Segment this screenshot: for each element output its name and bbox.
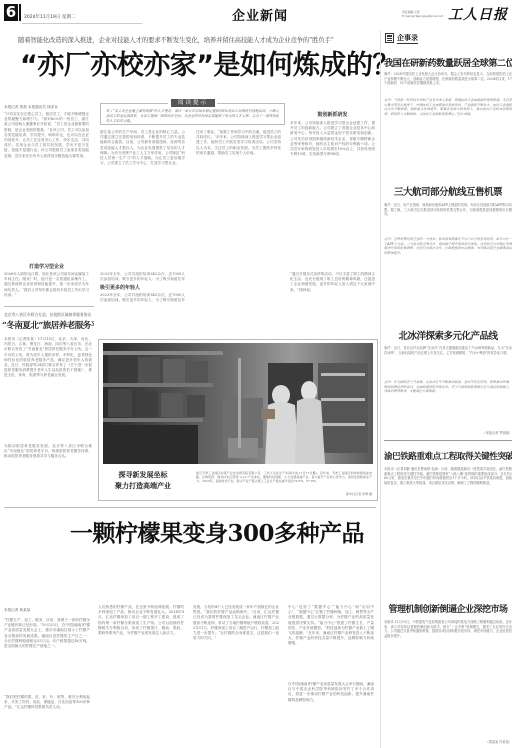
lead-headline: “亦厂亦校亦家”是如何炼成的？ — [20, 50, 380, 82]
lead-column-1: “只有实实在在把心员工，留住员工，才能不断增强企业的凝聚力和吸引力。”面对60%… — [4, 112, 89, 254]
second-story-headline: “冬南夏北”旅居养老服务平台上线 — [2, 319, 94, 331]
second-story-kicker: 北京等八省区市联合打造，首批跨区域康养服务推出 — [4, 312, 92, 318]
sidebar-headline-5: 管理机制创新倒逼企业深挖市场 — [384, 602, 512, 615]
second-story-text-2: 为推动旅居养老服务发展，北京等八省区市联合推出“冬南夏北”旅居养老平台，构建旅居… — [4, 444, 92, 499]
lemon-column-1: “柠檬生产、加工、服务、应用、营销于一体的柠檬全产业链体系已经形成。”10月25… — [4, 618, 90, 693]
cleanroom-workers-image — [103, 343, 373, 464]
subhead-learning-enterprise: 打造学习型企业 — [4, 263, 89, 270]
lead-column-4: 多年来，公司持续深入推进学习型企业创建工作，提升员工的创新能力。公司建立了省级企… — [290, 121, 375, 271]
sidebar-event-3: 事件：近日，老北京汽水品牌“北冰洋”在其天猫旗舰店推出了汽水味啤酒新品，名为“北… — [384, 346, 512, 378]
sidebar-comment-3: 点评：作为国民老字号品牌，北冰洋近年不断推出新品，尝试年轻化转型。跨界推出啤酒，… — [384, 380, 512, 428]
paper-logo: 工人日报 — [448, 4, 508, 24]
sidebar-headline-4: 渝巴铁路重难点工程取得关键性突破 — [384, 450, 512, 462]
lead-column-2b: 2023年全年，公司共组织培训342余次，近7000人次参加培训。吸引更多的年轻… — [100, 272, 185, 282]
lead-byline: 本报记者 郑莉 本报通讯员 林泽谷 — [4, 105, 99, 110]
page-number-bar — [19, 4, 21, 21]
masthead-rule — [22, 23, 142, 24]
issue-date: 2024年11月19日 星期二 — [24, 14, 75, 20]
sidebar-comment-2: 点评：互售机票是航空业的一大进步。原本旅客需要在不同平台分别查询比较，如今可在一… — [384, 237, 512, 323]
lemon-byline: 本报记者 黄某某 — [4, 608, 89, 613]
photo-credit: 新华社记者 李博 摄 — [300, 492, 372, 496]
photo-caption-title-1: 探寻新发展坐标 — [103, 470, 183, 480]
page-number: 6 — [4, 4, 18, 21]
lemon-column-4: 中心”包括了“数据中心”“能力中心”和“应用中心”，“数据中心”汇聚了柠檬种植、… — [288, 605, 374, 680]
sidebar-column-header: 企事录 — [385, 33, 445, 45]
sidebar-text-4: 本报讯（记者刘静 通讯员曹雨婷 赵渝）日前，随着隧道最后一段拱架安装到位，渝巴铁… — [384, 467, 512, 597]
sidebar-text-5: 本报讯 11月13日，中铁建电气化局集团某公司承接的某电力线路工程顺利通过验收。… — [384, 620, 512, 738]
section-title: 企业新闻 — [200, 5, 320, 24]
sidebar-headline-2: 三大航司部分航线互售机票 — [384, 184, 512, 198]
sidebar-event-1: 事件：2024中国医药工业发展大会日前举办，据会上发布的信息显示，当前我国医药工… — [384, 72, 512, 97]
lemon-column-1b: “我们把柠檬的果、皮、籽、叶、根等，都充分利用起来，开发了饮料、食品、保健品、日… — [4, 695, 90, 745]
sidebar-comment-1: 点评：当前新一轮科技革命和产业变革深入发展，我国医药工业面临新的发展机遇。尤其是… — [384, 98, 512, 178]
reading-tip-box: 阅读提示 基于“员工是企业最主要的资源”的人才理念，浙江一家公司以每年稳定提拨约… — [100, 103, 285, 125]
sidebar-headline-1: 我国在研新药数量跃居全球第二位 — [384, 55, 512, 69]
second-story-text: 本报讯（记者张某）11月15日，北京、天津、河北、内蒙古、吉林、黑龙江、海南、四… — [4, 337, 92, 442]
calendar-icon — [385, 33, 394, 43]
sidebar-event-2: 事件：近日，用户在国航、南航和东航的APP上搜索时发现，均可在其他航司的APP购… — [384, 203, 512, 235]
photo-caption-title-2: 聚力打造高端产业 — [103, 481, 183, 491]
sidebar-column-label: 企事录 — [397, 33, 418, 44]
lead-column-1b: 2006年人职的毛江路，现在是该公司某车间金属加工车间主任。刚来厂时，他只是一名… — [4, 272, 89, 302]
sidebar-headline-3: 北冰洋探索多元化产品线 — [384, 328, 512, 342]
subhead-young-people: 吸引更多的年轻人 — [100, 284, 185, 291]
reading-tip-label: 阅读提示 — [171, 99, 215, 107]
lead-kicker: 随着智能化改造的深入推进，企业对技能人才的要求不断发生变化，培养并留住高技能人才… — [18, 35, 378, 44]
photo-caption-text: 浙江苏州工业园区的某产业技术研究院有限公司，工作人员在生产车间作业(11月17日… — [196, 471, 372, 492]
subhead-innovation: 鼓创新抓研发 — [290, 111, 375, 118]
sidebar-credit-5: （胡某某 许某某） — [440, 739, 512, 744]
lead-column-4b: “通过开展各式各样的活动，不仅丰富了职工的精神文化生活，也充分展现了职工良好的精… — [290, 272, 375, 302]
lead-column-3: 还来了职业。“加强工作和学习中的交流，促进员工的共同成长。”多年来，公司持续深入… — [196, 130, 281, 305]
lead-column-2: 浙江某公司的生产车间，员工是企业的核心力量。公司通过建立完善的培训体系，不断提升… — [100, 130, 185, 272]
lead-column-2c: 2023年全年，公司共组织培训342余次，近7000人次参加培训。吸引更多的年轻… — [100, 293, 185, 303]
lemon-headline: 一颗柠檬果变身300多种产品 — [70, 515, 370, 548]
reading-tip-text: 基于“员工是企业最主要的资源”的人才理念，浙江一家公司以每年稳定提拨约5%的员工… — [106, 109, 279, 124]
lemon-column-3: 发展，当初的4个人已经发展成一家年产值数亿的企业集团。“我们的柠檬产品远销海外。… — [193, 605, 279, 745]
masthead: 6 2024年11月19日 星期二 企业新闻 责任编辑:王新 E-mail:gr… — [0, 0, 515, 26]
factory-photo — [103, 343, 373, 464]
editor-email: E-mail:grrbgongye@sina.com — [402, 14, 443, 18]
sidebar-rule — [384, 440, 512, 441]
sidebar-credit-3: （本报记者 罗筱晓） — [440, 430, 512, 435]
reading-tip-rule-right — [217, 103, 285, 104]
lemon-column-4b: 在中国(潼南)柠檬产业高质量发展大会举行期间，潼南区与中国农业科学院等科研院所签… — [288, 682, 374, 742]
lemon-story-rule — [4, 507, 376, 508]
lemon-column-2: 人们熟悉的柠檬产品，在这里不断延伸拓展。柠檬的多种深加工产品，推动企业不断发展壮… — [98, 605, 184, 745]
second-story-rule — [4, 306, 94, 307]
sidebar-divider — [380, 30, 381, 748]
reading-tip-rule-left — [100, 103, 168, 104]
